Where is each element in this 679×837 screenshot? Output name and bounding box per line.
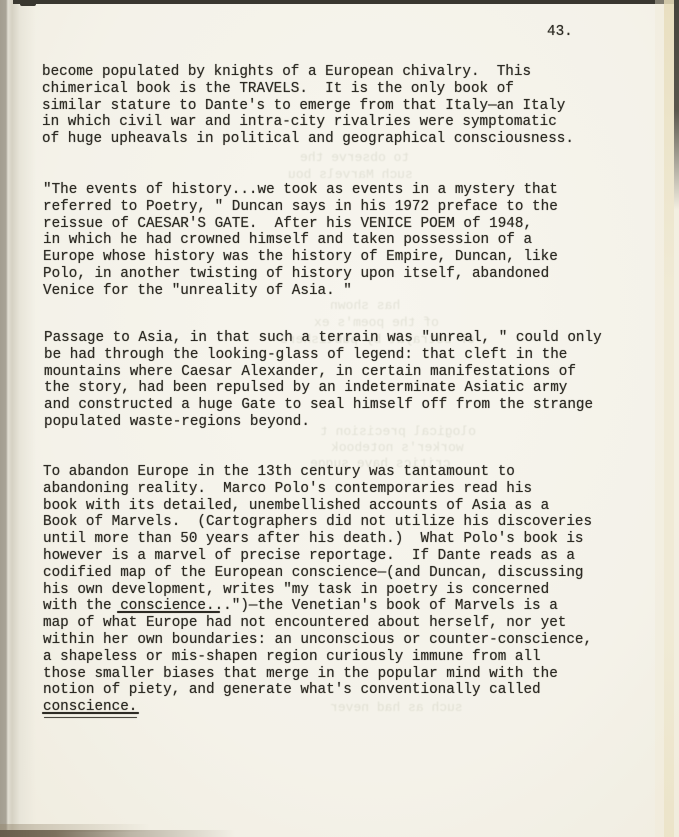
- bleedthrough-text: has shown: [330, 298, 400, 313]
- scanned-document-page: { "page": { "number": "43.", "ink_color"…: [0, 0, 679, 837]
- underline-mark-conscience-final-bottom: [44, 717, 137, 719]
- scan-top-edge: [13, 0, 679, 4]
- scan-right-edge: [674, 0, 679, 210]
- bleedthrough-text: worker's notebook: [331, 440, 464, 455]
- scan-bottom-smudge: [0, 830, 235, 837]
- scan-top-edge-blob: [20, 3, 36, 6]
- underline-mark-conscience: [117, 611, 220, 613]
- paragraph: Passage to Asia, in that such a terrain …: [44, 330, 602, 431]
- book-gutter-shadow: [0, 0, 36, 837]
- bleedthrough-text: such Marvels bou: [288, 167, 413, 182]
- page-right-edge-tint: [664, 0, 674, 837]
- paragraph: To abandon Europe in the 13th century wa…: [43, 464, 592, 716]
- paragraph: "The events of history...we took as even…: [43, 182, 558, 300]
- bleedthrough-text: to observe the: [300, 150, 409, 165]
- underline-mark-conscience-final-top: [42, 712, 139, 714]
- page-number: 43.: [547, 24, 573, 41]
- paragraph: become populated by knights of a Europea…: [42, 64, 574, 148]
- bleedthrough-text: of the poem's ex: [314, 315, 439, 330]
